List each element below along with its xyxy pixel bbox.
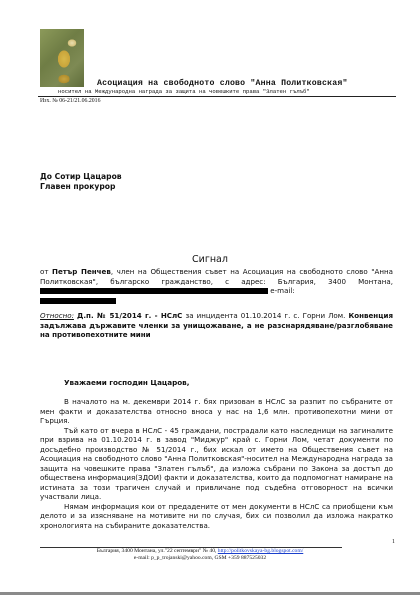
addressee-block: До Сотир Цацаров Главен прокурор [40, 172, 122, 192]
addressee-title: Главен прокурор [40, 182, 122, 192]
page-number: 1 [392, 539, 395, 545]
document-page: Асоциация на свободното слово "Анна Поли… [0, 0, 420, 592]
body-paragraph: Нямам информация кои от предадените от м… [40, 502, 393, 531]
subject-label: Относно: [40, 311, 74, 320]
reference-number: Изх. № 06-21/21.06.2016 [40, 98, 100, 104]
organization-subtitle: носител на Международна награда за защит… [58, 88, 310, 95]
footer-contact: e-mail: p_p_trojanski@yahoo.com, GSM +35… [134, 555, 266, 561]
blog-link[interactable]: http://politkovskaya-bg.blogspot.com/ [218, 548, 303, 554]
subject-block: Относно: Д.п. № 51/2014 г. - НСлС за инц… [40, 311, 393, 340]
body-paragraph: Тъй като от вчера в НСлС - 45 граждани, … [40, 426, 393, 502]
organization-name: Асоциация на свободното слово "Анна Поли… [97, 79, 348, 88]
redacted-email [40, 298, 116, 304]
case-number: Д.п. № 51/2014 г. - НСлС [77, 311, 182, 320]
sender-name: Петър Пенчев [52, 267, 111, 276]
body-paragraph: В началото на м. декември 2014 г. бях пр… [40, 397, 393, 426]
greeting: Уважаеми господин Цацаров, [64, 378, 189, 387]
addressee-name: До Сотир Цацаров [40, 172, 122, 182]
redacted-address [40, 288, 268, 294]
document-title: Сигнал [0, 254, 420, 265]
header-divider [38, 96, 396, 97]
footer: България, 3400 Монтана, ул."22 септември… [0, 548, 400, 562]
organization-logo-image [40, 29, 84, 87]
letter-body: В началото на м. декември 2014 г. бях пр… [40, 397, 393, 530]
sender-block: от Петър Пенчев, член на Обществения съв… [40, 267, 393, 305]
